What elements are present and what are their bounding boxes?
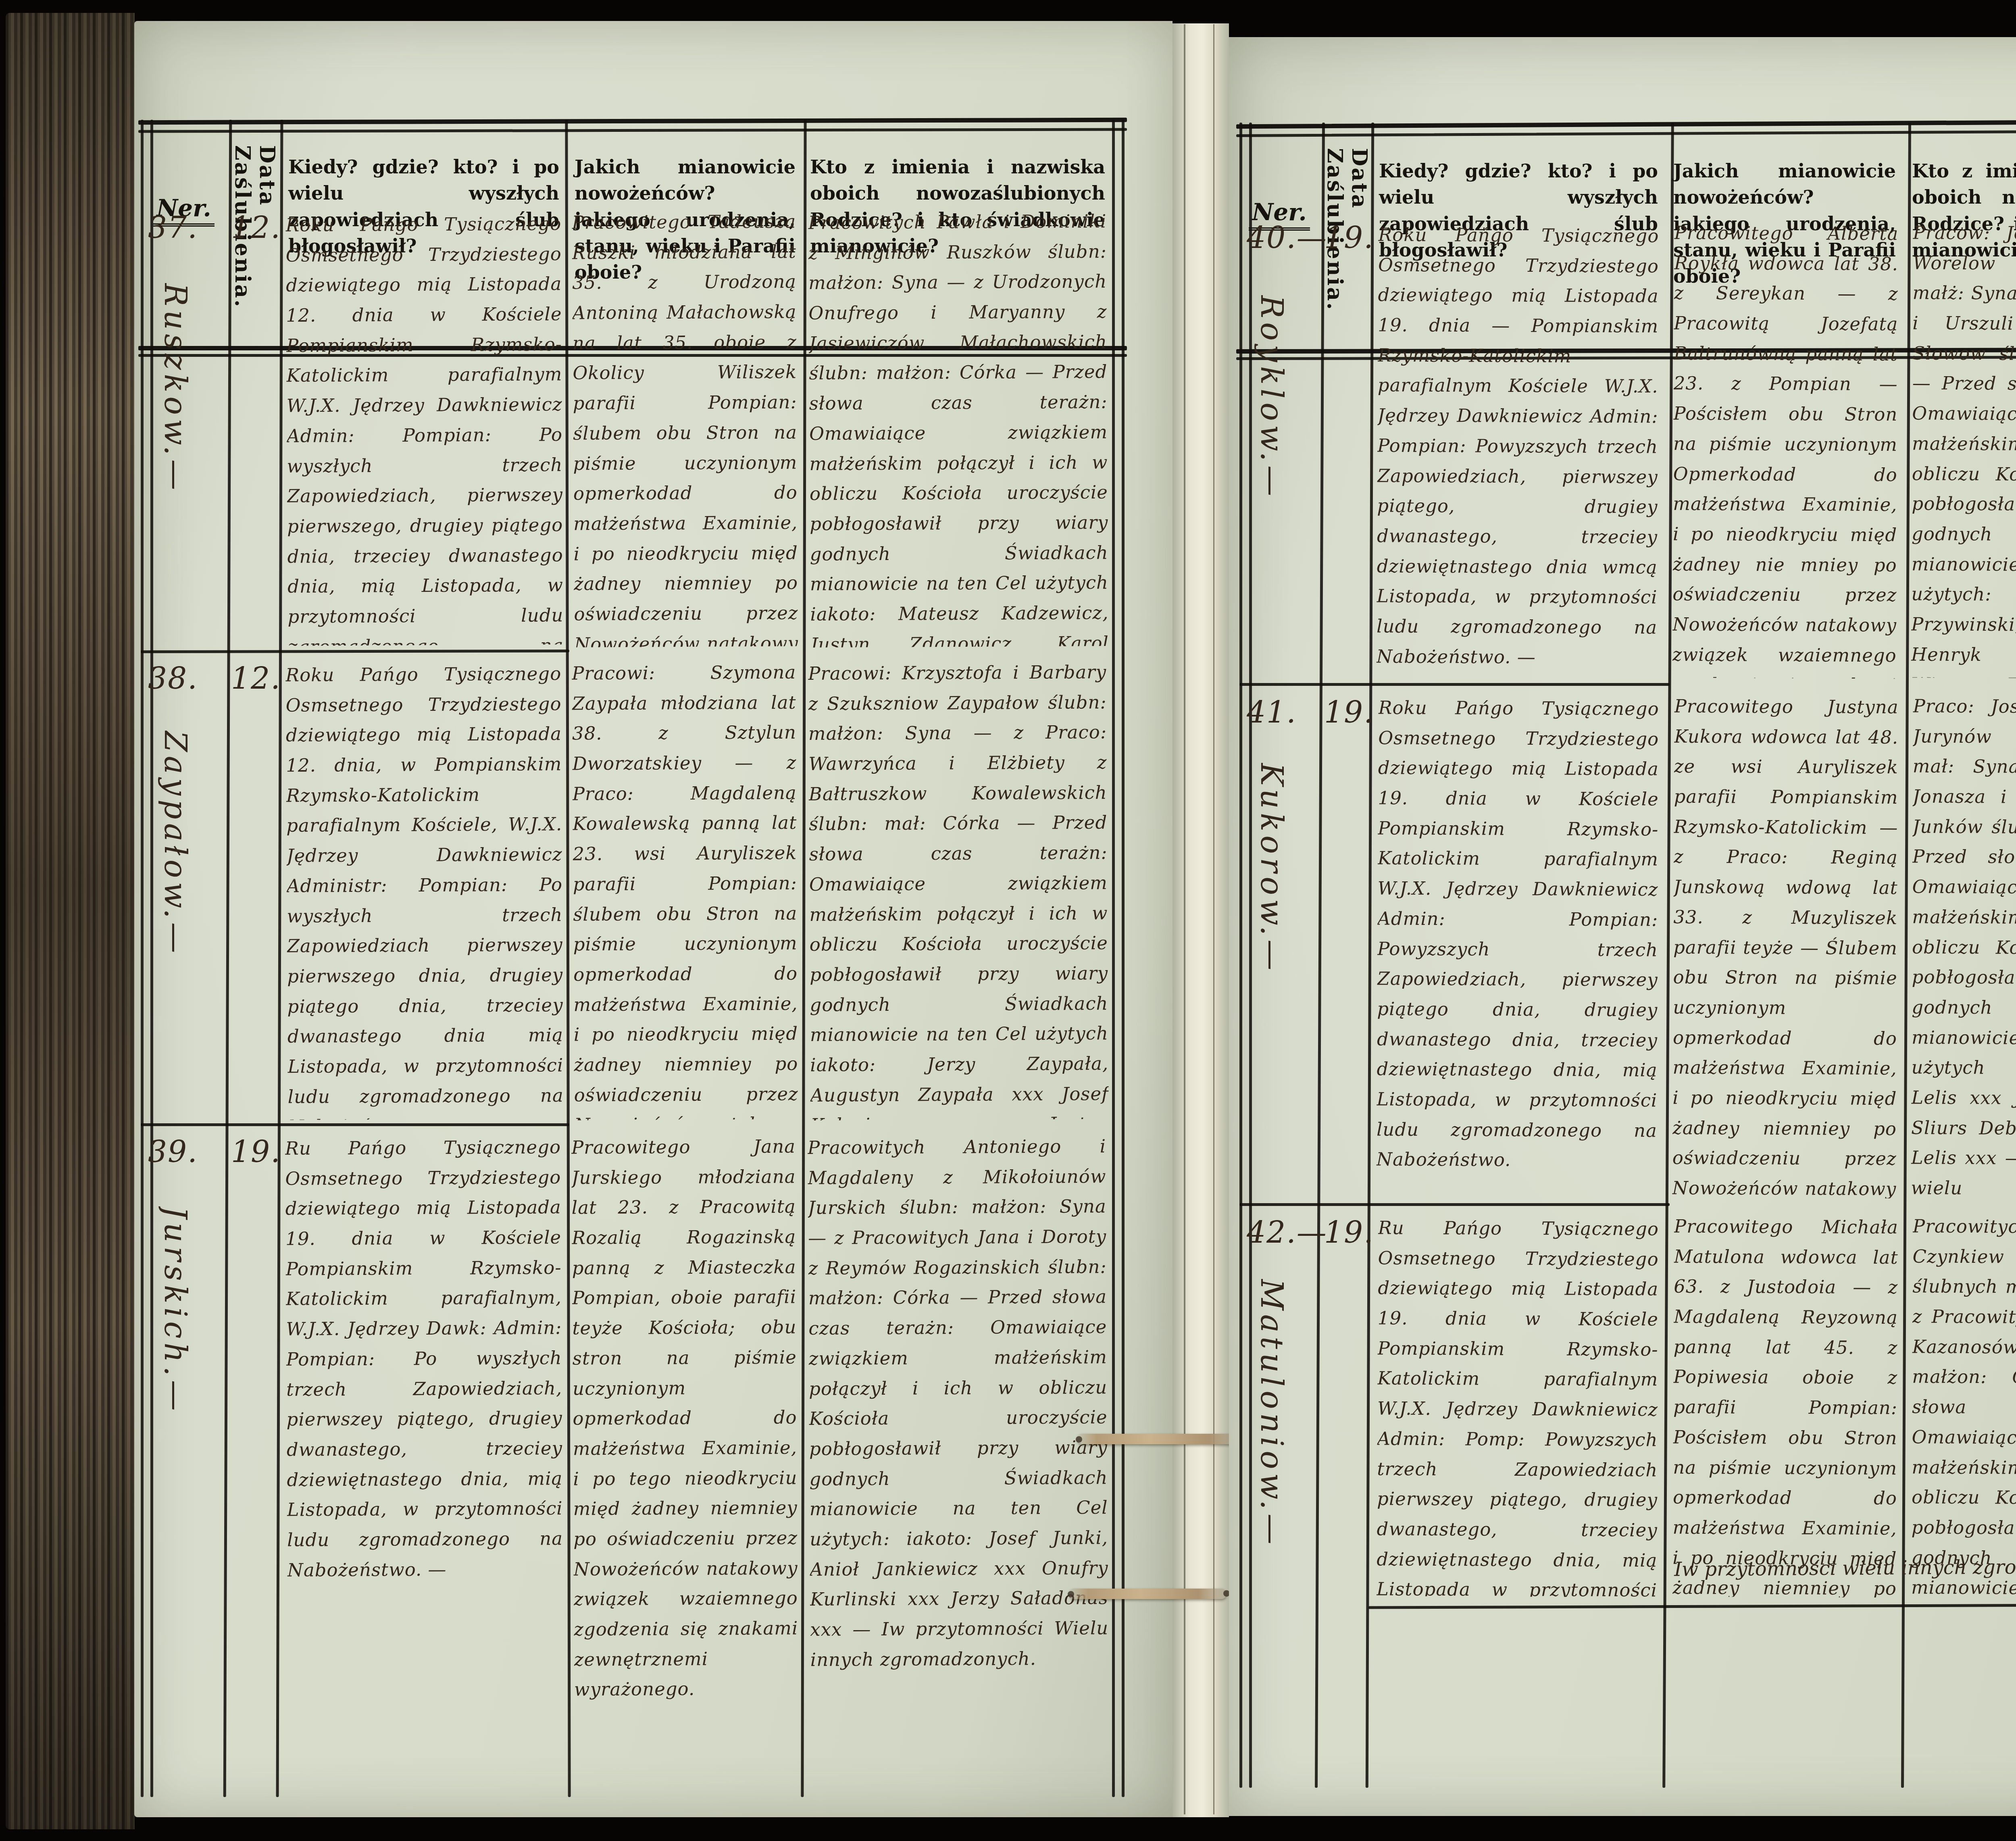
entry-date: 19. [1324, 221, 1374, 255]
table-rule [141, 120, 144, 1797]
entry-number: 39. [148, 1135, 198, 1169]
entry-margin-name: Zaypałow.— [158, 731, 194, 1114]
entry-number: 40.— [1247, 221, 1327, 255]
table-rule [1236, 129, 2016, 137]
book-gutter [1173, 23, 1229, 1817]
entry-number: 42.— [1247, 1215, 1327, 1250]
binding-stitch [1069, 1589, 1227, 1599]
table-rule [1239, 123, 1242, 1788]
entry-cell-when: Roku Pańgo Tysiącznego Osmsetnego Trzydz… [285, 659, 564, 1120]
entry-cell-witnesses: Pracowitych Pawła i Dominiki z Minginów … [808, 206, 1109, 648]
entry-date: 12. [231, 210, 281, 245]
entry-margin-name: Kukorow.— [1254, 763, 1290, 1166]
table-rule [1236, 119, 2016, 129]
entry-cell-when: Roku Pańgo Tysiącznego Osmsetnego Trzydz… [1376, 693, 1659, 1198]
entry-cell-who: Pracowitego Tadeusza Ruszki młodziana la… [572, 207, 798, 648]
stitch-hole [1076, 1436, 1082, 1443]
table-rule [801, 120, 806, 1797]
entry-number: 41. [1247, 695, 1297, 730]
entry-date: 19. [1324, 695, 1374, 730]
table-rule [1112, 120, 1115, 1797]
entry-separator [1239, 683, 1670, 686]
entry-margin-name: Royklow.— [1254, 295, 1290, 678]
left-page: Ner. Data Zaślubienia. Kiedy? gdzie? kto… [134, 21, 1173, 1817]
entry-cell-who: Pracowitego Michała Matulona wdowca lat … [1672, 1212, 1898, 1597]
table-rule [223, 120, 232, 1797]
entry-date: 12. [231, 661, 281, 696]
entry-cell-who: Pracowitego Justyna Kukora wdowca lat 48… [1672, 691, 1898, 1198]
entry-cell-when: Ru Pańgo Tysiącznego Osmsetnego Trzydzie… [1377, 1213, 1659, 1597]
book-scan-photo: { "page_number": "22.", "left_page": { "… [0, 0, 2016, 1841]
table-rule [138, 118, 1127, 125]
gutter-fold-line [1213, 24, 1214, 1814]
entry-margin-name: Ruszkow.— [158, 283, 194, 646]
right-page: Ner. Data Zaślubienia. Kiedy? gdzie? kto… [1229, 37, 2016, 1816]
stitch-hole [1068, 1591, 1074, 1597]
entry-number: 37. [148, 210, 198, 245]
entry-margin-name: Matuloniow.— [1254, 1279, 1290, 1642]
entry-cell-when: Roku Pańgo Tysiącznego Osmsetnego Trzydz… [285, 209, 564, 646]
binding-stitch [1077, 1434, 1239, 1444]
table-rule [276, 120, 283, 1797]
entry-cell-when: Roku Pańgo Tysiącznego Osmsetnego Trzydz… [1377, 220, 1659, 679]
table-rule [1366, 123, 1374, 1788]
table-rule [1662, 123, 1674, 1788]
entry-separator [141, 650, 569, 653]
entry-date: 19. [1324, 1215, 1374, 1250]
entry-margin-name: Jurskich.— [158, 1206, 194, 1610]
entry-cell-when: Ru Pańgo Tysiącznego Osmsetnego Trzydzie… [285, 1132, 564, 1779]
entry-cell-witnesses: Praco: Josefa i Apolonii z Jurynów Kukor… [1911, 691, 2016, 1198]
footer-attendance-note: Iw przytomności wielu innych zgromadzony… [1674, 1554, 2016, 1581]
table-rule [565, 120, 571, 1797]
entry-separator [1368, 1603, 2016, 1609]
table-rule [138, 128, 1127, 133]
entry-cell-witnesses: Pracow: Josefa i Rozalii z Worelow Roykl… [1911, 218, 2016, 679]
entry-separator [141, 1123, 569, 1126]
table-rule [150, 120, 153, 1797]
table-rule [1249, 123, 1252, 1788]
entry-cell-who: Pracowi: Szymona Zaypała młodziana lat 3… [572, 658, 798, 1120]
book-left-page-edges [6, 13, 135, 1829]
entry-cell-who: Pracowitego Jana Jurskiego młodziana lat… [571, 1132, 799, 1778]
entry-cell-witnesses: Pracowitych Michała i Ewy z Czynkiew Mat… [1911, 1211, 2016, 1595]
table-rule [1901, 123, 1911, 1788]
entry-cell-witnesses: Pracowitych Antoniego i Magdaleny z Miko… [808, 1131, 1109, 1778]
entry-date: 19. [231, 1135, 281, 1169]
entry-number: 38. [148, 661, 198, 696]
gutter-fold-line [1184, 24, 1185, 1814]
table-rule [1315, 123, 1325, 1788]
table-rule [1122, 120, 1125, 1797]
entry-separator [1239, 1203, 1670, 1206]
entry-cell-who: Pracowitego Alberta Roykła wdowca lat 38… [1672, 218, 1899, 679]
entry-cell-witnesses: Pracowi: Krzysztofa i Barbary z Szukszni… [808, 657, 1109, 1120]
